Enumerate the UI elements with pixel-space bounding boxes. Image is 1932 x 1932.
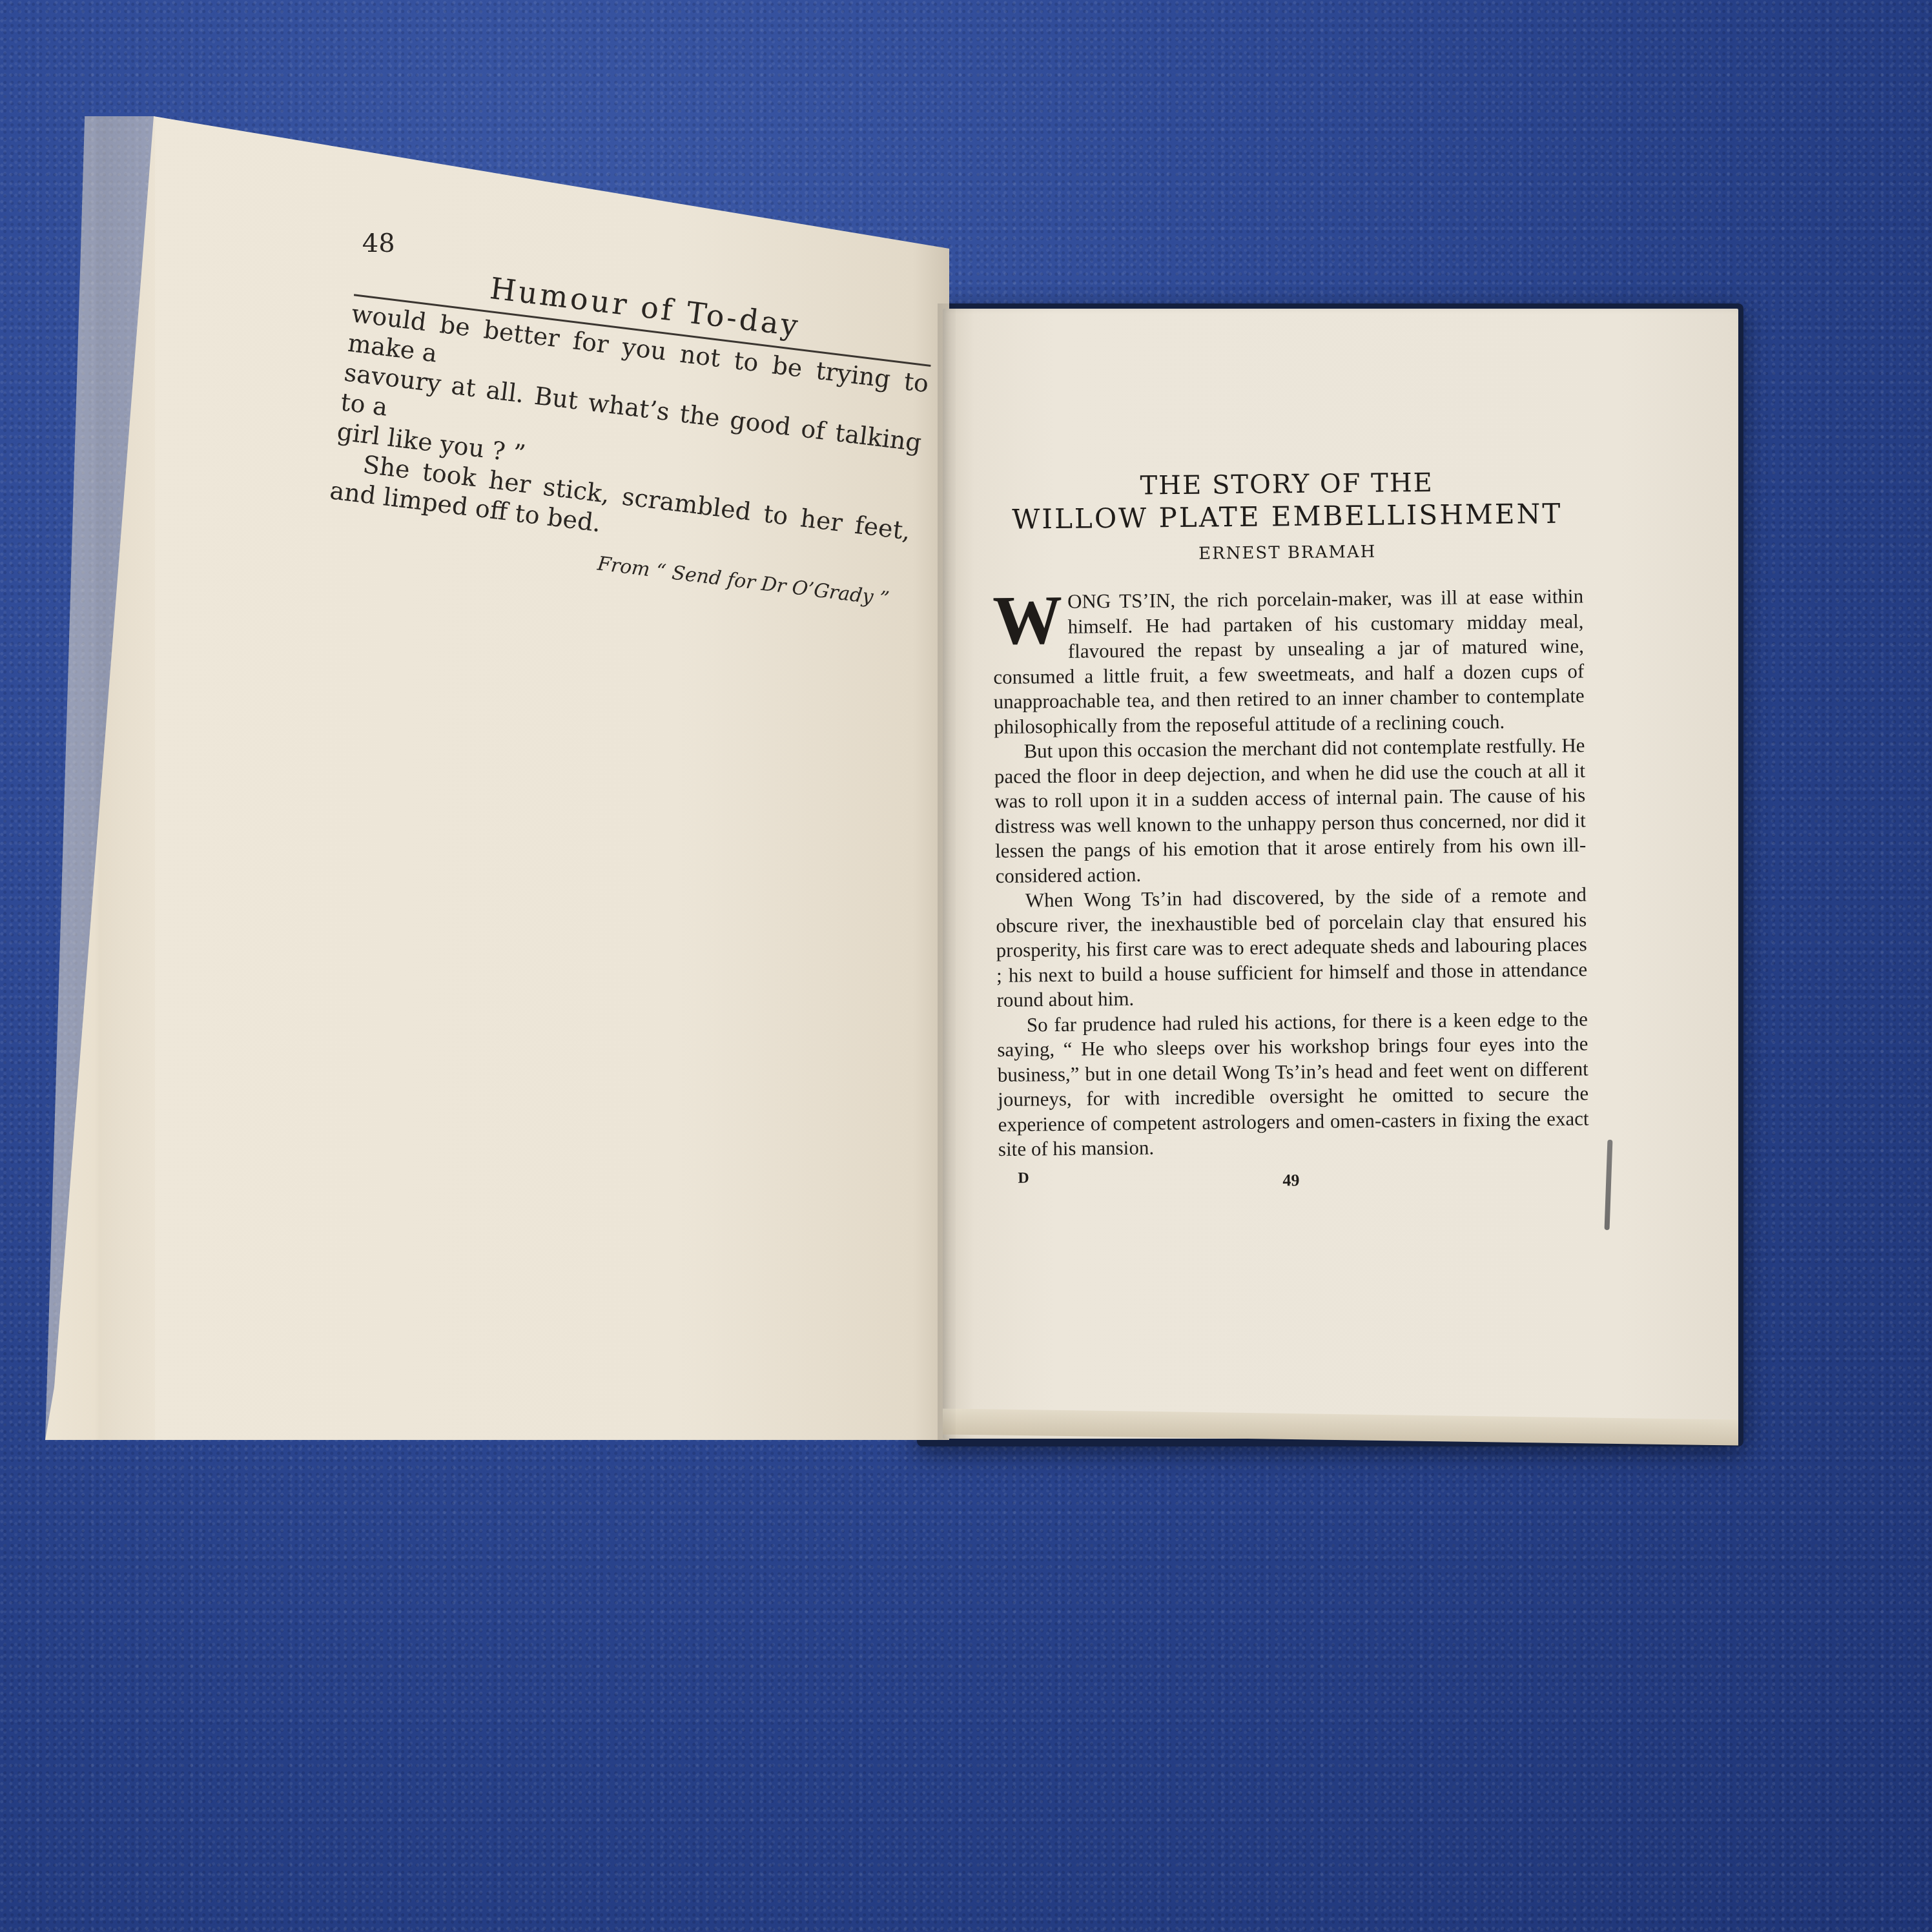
page-number-right: 49	[1282, 1171, 1299, 1190]
book-gutter	[938, 303, 956, 1440]
page-number-left: 48	[362, 229, 395, 258]
signature-mark: D	[1018, 1169, 1029, 1187]
paragraph: When Wong Ts’in had discovered, by the s…	[996, 882, 1588, 1012]
author-name: ERNEST BRAMAH	[992, 540, 1583, 566]
paragraph: But upon this occasion the merchant did …	[994, 733, 1586, 889]
paragraph: So far prudence had ruled his actions, f…	[997, 1007, 1589, 1162]
paragraph: WONG TS’IN, the rich porcelain-maker, wa…	[992, 584, 1585, 739]
story-title: THE STORY OF THE WILLOW PLATE EMBELLISHM…	[991, 465, 1583, 536]
right-page-content: THE STORY OF THE WILLOW PLATE EMBELLISHM…	[991, 465, 1590, 1195]
story-body: WONG TS’IN, the rich porcelain-maker, wa…	[992, 584, 1589, 1162]
left-page-stack-edge	[45, 116, 155, 1440]
drop-cap: W	[992, 592, 1063, 650]
title-line-2: WILLOW PLATE EMBELLISHMENT	[992, 497, 1583, 536]
